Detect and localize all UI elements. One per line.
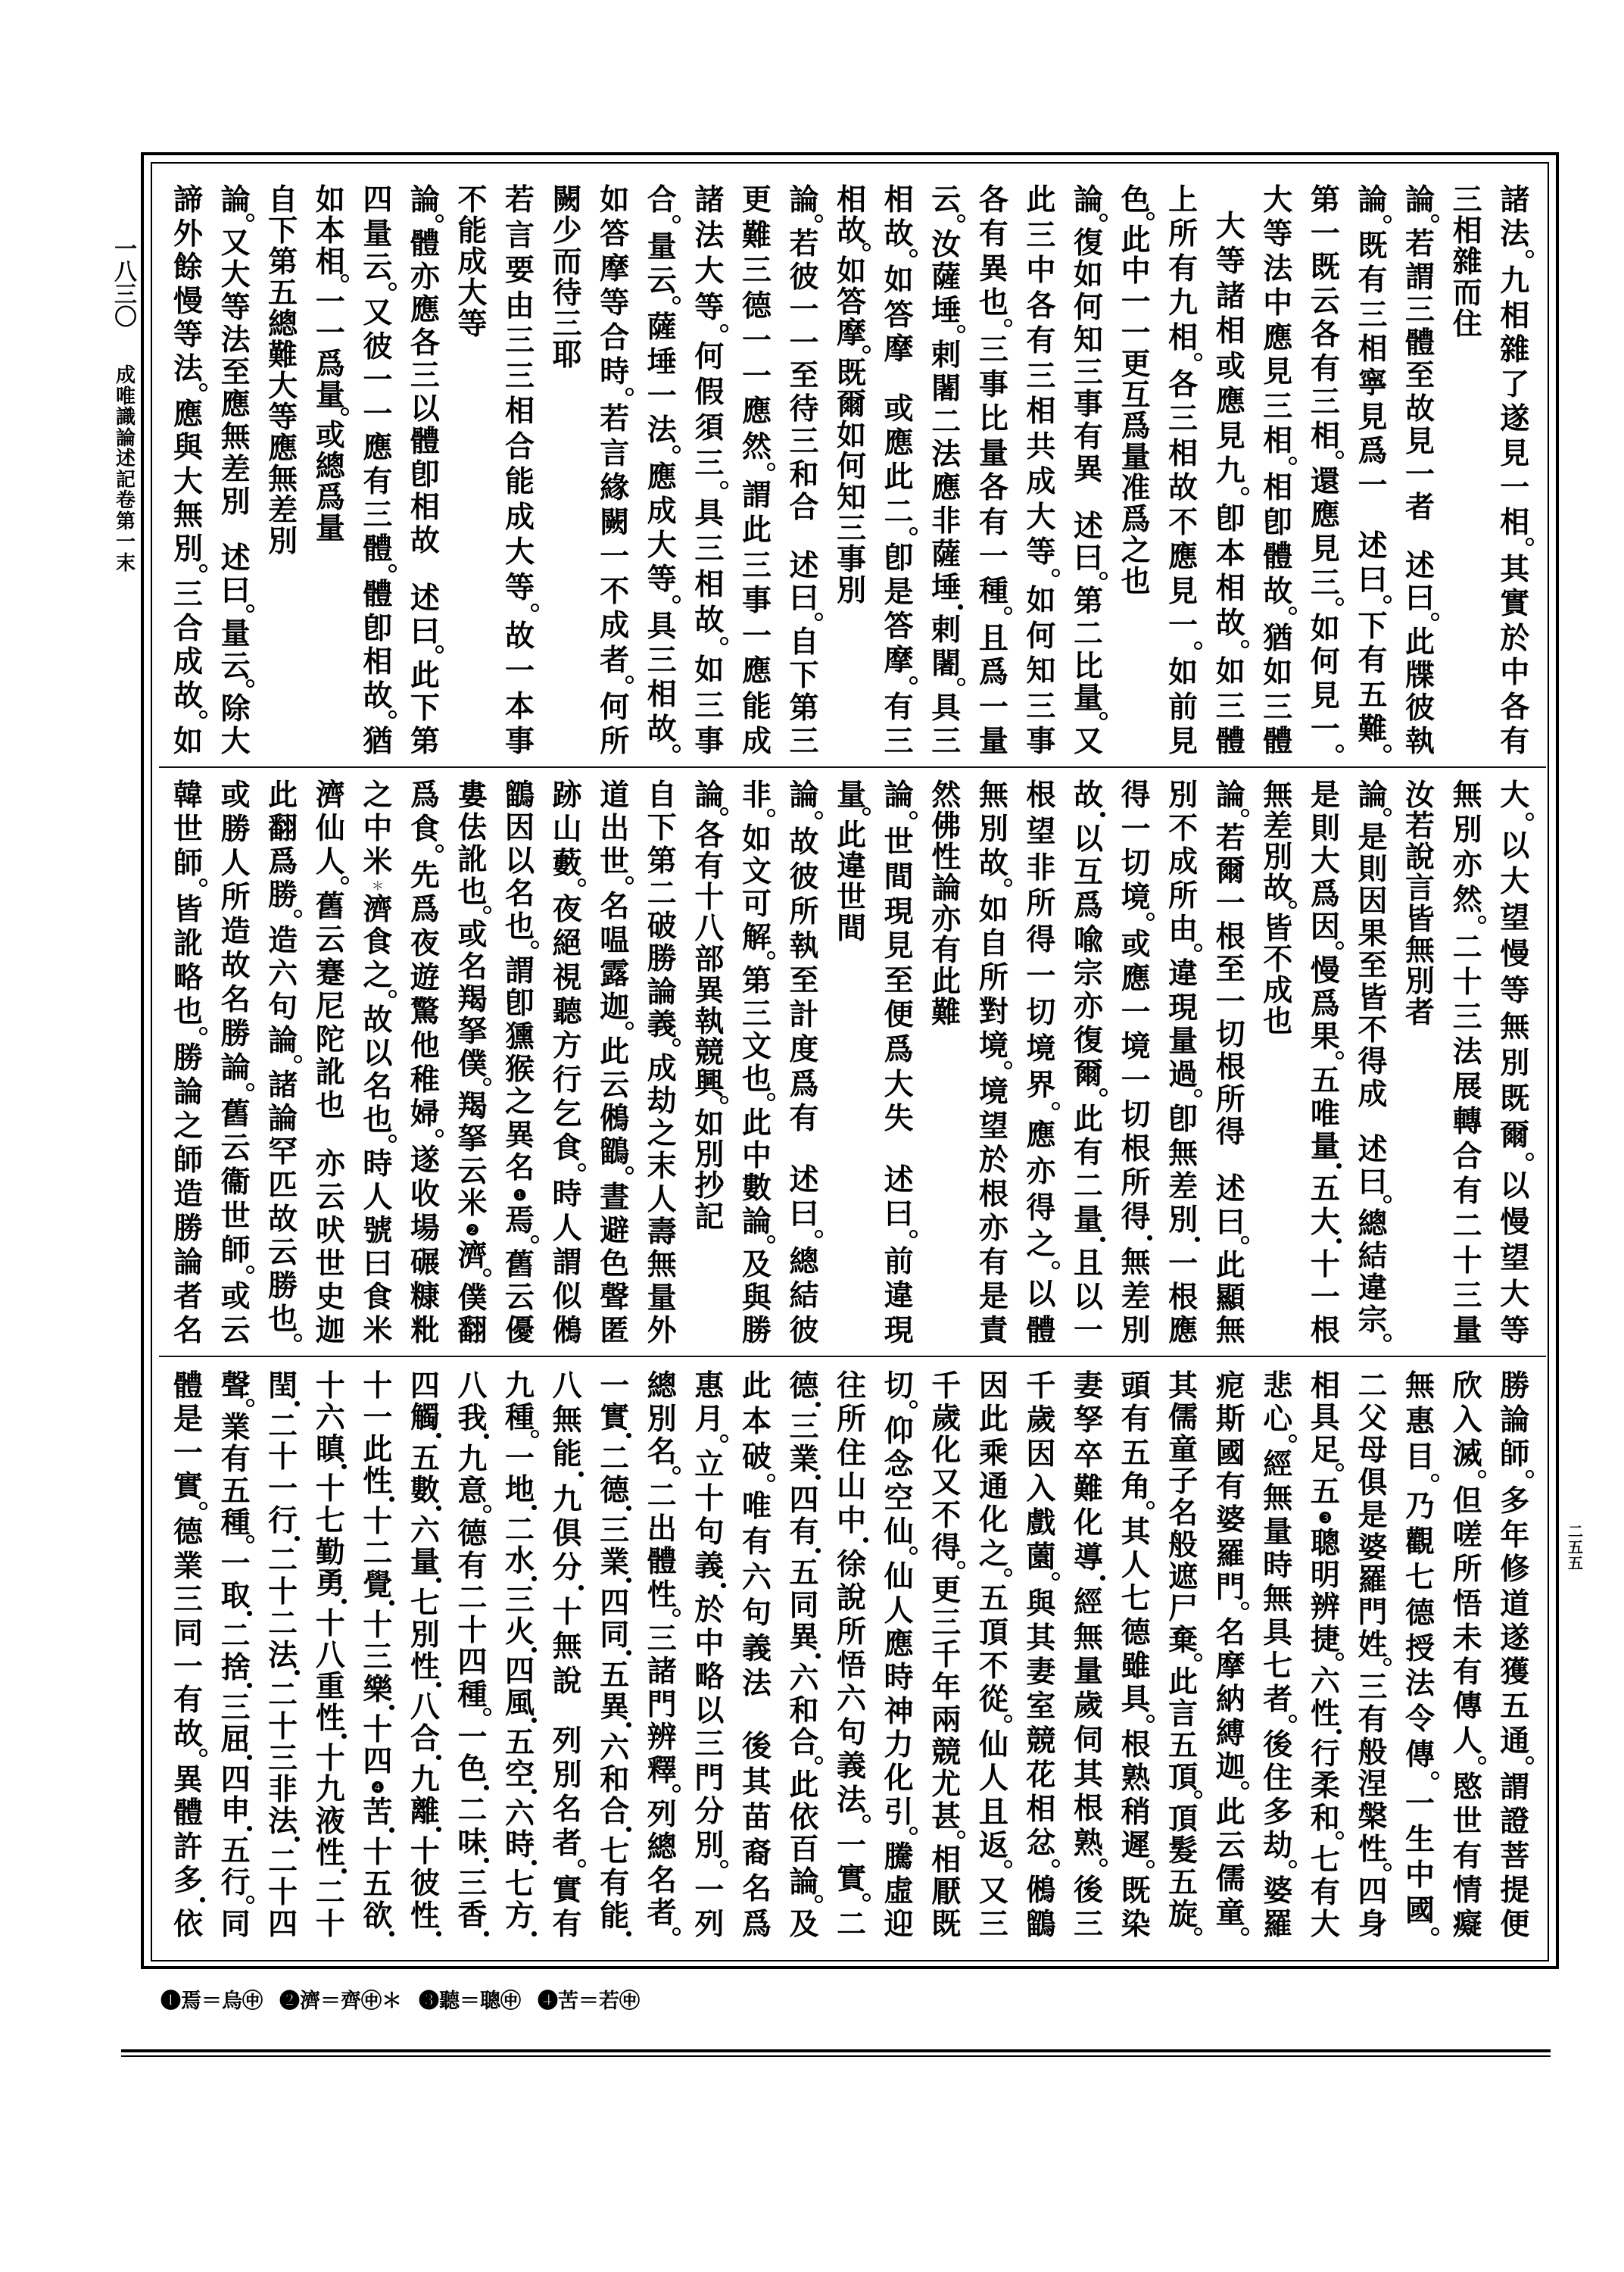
glyph: 望 — [1024, 816, 1058, 847]
glyph: 二 — [930, 407, 963, 438]
glyph: 因 — [977, 1371, 1010, 1402]
text-column: 德・三業・四有・五同異・六和合。此依百論。及 — [781, 1371, 828, 1940]
glyph: 猴 — [503, 1054, 537, 1085]
glyph: 十 — [1308, 1250, 1342, 1281]
glyph: 三 — [1261, 692, 1295, 723]
glyph: 九 — [313, 1774, 347, 1805]
glyph: 以 — [1072, 824, 1105, 855]
register-divider — [159, 766, 1546, 768]
glyph: 說 — [835, 1583, 868, 1614]
glyph: 或 — [882, 394, 915, 425]
glyph: 相 — [1261, 426, 1295, 457]
glyph: 事 — [1072, 389, 1105, 420]
glyph: 異 — [598, 1692, 631, 1723]
glyph: 棄 — [1167, 1625, 1200, 1656]
text-column: 大等法中應見三相。相卽體故。猶如三體 — [1255, 185, 1302, 757]
glyph: 十 — [693, 1484, 726, 1515]
glyph: 應 — [172, 399, 205, 430]
glyph: 舊 — [503, 1250, 537, 1281]
footnote-marker: ❶ — [503, 1186, 537, 1204]
glyph: 諸 — [1214, 281, 1247, 312]
glyph: 無 — [1214, 1315, 1247, 1347]
glyph: 爲 — [408, 894, 441, 925]
glyph: 難 — [1356, 714, 1389, 745]
glyph: 答 — [882, 300, 915, 331]
period-mark: 。 — [1167, 357, 1200, 366]
glyph: 歲 — [1072, 1690, 1105, 1721]
glyph: 則 — [1356, 854, 1389, 885]
glyph: 聰 — [1308, 1528, 1342, 1559]
glyph: 相 — [1024, 1794, 1058, 1825]
glyph: 中 — [693, 1628, 726, 1659]
glyph: 山 — [550, 814, 584, 845]
glyph: 能 — [550, 1439, 584, 1470]
glyph: 相 — [835, 185, 868, 216]
glyph: 所 — [1119, 1168, 1152, 1199]
glyph: 法 — [693, 220, 726, 251]
glyph: 無 — [1261, 1584, 1295, 1615]
glyph: 競 — [693, 1038, 726, 1069]
glyph: 一 — [1404, 460, 1437, 491]
glyph: 見 — [1498, 438, 1532, 470]
glyph: 少 — [550, 216, 584, 247]
glyph: 羯 — [456, 1091, 489, 1122]
glyph: 頂 — [977, 1618, 1010, 1649]
glyph: 異 — [977, 254, 1010, 285]
glyph: 八 — [550, 1371, 584, 1402]
period-mark: 。 — [408, 1133, 441, 1142]
glyph: 故 — [1072, 780, 1105, 811]
glyph: 界 — [1024, 1070, 1058, 1101]
glyph: 爲 — [882, 1035, 915, 1066]
text-column: 四量云。又彼一一應有三體。體卽相故。猶 — [354, 185, 402, 757]
glyph: 我 — [456, 1403, 489, 1434]
glyph: 一 — [172, 1438, 205, 1469]
glyph: 二 — [456, 1795, 489, 1826]
glyph: 二 — [267, 1545, 300, 1576]
period-mark: 。 — [219, 1269, 252, 1278]
period-mark: 。 — [598, 679, 631, 688]
glyph: 量 — [1119, 442, 1152, 473]
period-mark: 。 — [740, 1478, 773, 1487]
text-column: 無別亦然。二十三法展轉合有二十三量 — [1444, 780, 1492, 1347]
glyph: 各 — [977, 185, 1010, 216]
glyph: 道 — [1498, 1589, 1532, 1620]
glyph: 違 — [882, 1281, 915, 1312]
glyph: 實 — [598, 1403, 631, 1434]
glyph: 見 — [1308, 534, 1342, 565]
glyph: 三 — [550, 309, 584, 340]
period-mark: 。 — [882, 531, 915, 540]
glyph: 母 — [1356, 1435, 1389, 1466]
glyph: 准 — [1119, 473, 1152, 504]
glyph: 等 — [1024, 537, 1058, 568]
glyph: 根 — [1167, 1282, 1200, 1313]
glyph: 中 — [1498, 657, 1532, 688]
glyph: 等 — [645, 564, 678, 595]
glyph: 無 — [1261, 1483, 1295, 1514]
glyph: 乃 — [1404, 1491, 1437, 1522]
glyph: 異 — [1072, 454, 1105, 485]
glyph: 云 — [645, 266, 678, 297]
glyph: 花 — [1024, 1760, 1058, 1791]
glyph: 十 — [1451, 967, 1484, 998]
glyph: 差 — [1119, 1281, 1152, 1312]
glyph: 三 — [930, 726, 963, 757]
period-mark: 。 — [787, 218, 821, 227]
glyph: 別 — [1261, 842, 1295, 873]
glyph: 中 — [740, 1141, 773, 1172]
glyph: 合 — [787, 492, 821, 523]
glyph: 如 — [740, 824, 773, 855]
period-mark: 。 — [1308, 601, 1342, 610]
glyph: 故 — [361, 681, 394, 712]
period-mark: 。 — [503, 607, 537, 616]
asterisk-mark: ＊ — [361, 880, 394, 892]
period-mark: 。 — [1072, 1862, 1105, 1871]
text-column: 之中米＊濟食之。故以名也。時人號曰食米 — [354, 780, 402, 1347]
glyph: 同 — [219, 1909, 252, 1940]
glyph: 曰 — [787, 1199, 821, 1230]
glyph: 此 — [267, 780, 300, 811]
glyph: 難 — [930, 997, 963, 1028]
glyph: 斯 — [1214, 1404, 1247, 1435]
glyph: 自 — [977, 928, 1010, 960]
glyph: 五 — [1167, 1868, 1200, 1899]
glyph: 論 — [1356, 185, 1389, 216]
glyph: 爲 — [313, 349, 347, 380]
period-mark: 。 — [172, 568, 205, 577]
glyph: 異 — [503, 1120, 537, 1151]
glyph: 埵 — [645, 347, 678, 378]
glyph: 量 — [977, 438, 1010, 470]
glyph: 應 — [1214, 386, 1247, 417]
glyph: 所 — [787, 897, 821, 928]
glyph: 三 — [740, 551, 773, 582]
glyph: 之 — [977, 1539, 1010, 1570]
glyph: 十 — [550, 1597, 584, 1628]
glyph: 辨 — [1308, 1592, 1342, 1623]
glyph: 稚 — [408, 1065, 441, 1096]
glyph: 無 — [1261, 780, 1295, 811]
glyph: 行 — [267, 1506, 300, 1537]
glyph: 汝 — [930, 229, 963, 261]
glyph: 差 — [1261, 811, 1295, 842]
period-mark: 。 — [267, 1059, 300, 1068]
glyph: 十 — [267, 1712, 300, 1743]
glyph: 三 — [1214, 691, 1247, 722]
glyph: 與 — [740, 1283, 773, 1314]
glyph: 吠 — [313, 1216, 347, 1247]
glyph: 五 — [1568, 1556, 1583, 1571]
glyph: 五 — [1356, 680, 1389, 711]
glyph: 互 — [1119, 380, 1152, 411]
glyph: 因 — [1356, 886, 1389, 917]
glyph: 者 — [550, 1828, 584, 1859]
glyph: 角 — [1119, 1471, 1152, 1503]
glyph: 二 — [267, 1609, 300, 1640]
register-lower: 勝論師。多年修道遂獲五通。謂證菩提便 欣入滅。但嗟所悟未有傳人。愍世有情癡 無惠… — [164, 1371, 1538, 1940]
glyph: 論 — [740, 1206, 773, 1237]
glyph: 尸 — [1167, 1593, 1200, 1624]
glyph: 彼 — [787, 262, 821, 293]
glyph: 世 — [1451, 1806, 1484, 1837]
register-upper: 諸法。九相雜了遂見一相。其實於中各有 三相雜而住 論。若謂三體至故見一者 述曰。… — [164, 185, 1538, 757]
glyph: 四 — [503, 1656, 537, 1687]
glyph: 六 — [598, 1733, 631, 1764]
glyph: 爲 — [977, 657, 1010, 688]
glyph: 稍 — [1119, 1797, 1152, 1828]
glyph: 此 — [787, 1770, 821, 1801]
glyph: 體 — [408, 229, 441, 260]
glyph: 五 — [977, 1584, 1010, 1615]
glyph: 師 — [1498, 1439, 1532, 1470]
glyph: 提 — [1498, 1875, 1532, 1906]
glyph: 其 — [1498, 554, 1532, 585]
glyph: 名 — [550, 1794, 584, 1825]
glyph: 有 — [1356, 645, 1389, 676]
glyph: 乘 — [977, 1438, 1010, 1469]
glyph: 三 — [1261, 392, 1295, 423]
glyph: 論 — [219, 185, 252, 216]
glyph: 性 — [313, 1838, 347, 1869]
glyph: 應 — [882, 428, 915, 459]
period-mark: 。 — [882, 1550, 915, 1559]
period-mark: 。 — [550, 1167, 584, 1176]
glyph: 執 — [1404, 726, 1437, 757]
glyph: 翻 — [456, 1315, 489, 1347]
text-column: 濟仙人。舊云蹇尼陀訛也 亦云吠世史迦 — [307, 780, 354, 1347]
glyph: 云 — [1308, 286, 1342, 317]
glyph: 違 — [1167, 959, 1200, 990]
period-mark: 。 — [1451, 919, 1484, 928]
glyph: 有 — [219, 1444, 252, 1475]
glyph: 應 — [740, 396, 773, 427]
glyph: 結 — [787, 1281, 821, 1312]
glyph: 既 — [1308, 252, 1342, 283]
glyph: 卽 — [503, 988, 537, 1019]
text-column: 別不成所由。違現量過。卽無差別・一根應 — [1159, 780, 1207, 1347]
glyph: 根 — [1214, 922, 1247, 953]
glyph: 體 — [1214, 726, 1247, 757]
glyph: 部 — [693, 944, 726, 975]
text-column: 無別故。如自所對境。境望於根亦有是責 — [970, 780, 1018, 1347]
glyph: 別 — [693, 1140, 726, 1171]
period-mark: 。 — [645, 1788, 678, 1797]
glyph: 五 — [1308, 1174, 1342, 1205]
glyph: 不 — [456, 185, 489, 216]
glyph: 因 — [503, 813, 537, 844]
glyph: 有 — [172, 1685, 205, 1716]
glyph: 量 — [408, 1547, 441, 1578]
space — [740, 1704, 773, 1727]
glyph: 此 — [598, 1037, 631, 1068]
glyph: 十 — [267, 1877, 300, 1908]
glyph: 亦 — [408, 262, 441, 293]
glyph: 得 — [930, 1533, 963, 1564]
period-mark: 。 — [1404, 1931, 1437, 1940]
glyph: 化 — [930, 1435, 963, 1466]
glyph: 各 — [1308, 320, 1342, 351]
glyph: 人 — [550, 1213, 584, 1244]
space — [787, 1138, 821, 1161]
glyph: 難 — [740, 220, 773, 251]
glyph: 相 — [408, 492, 441, 523]
glyph: 過 — [1167, 1060, 1200, 1091]
glyph: 傳 — [1451, 1691, 1484, 1722]
glyph: 轉 — [1451, 1106, 1484, 1138]
glyph: 視 — [550, 963, 584, 994]
glyph: 境 — [1119, 882, 1152, 913]
glyph: 分 — [693, 1796, 726, 1827]
glyph: 第 — [740, 966, 773, 997]
glyph: 摩 — [882, 334, 915, 365]
glyph: 二 — [219, 1621, 252, 1652]
text-column: 八我・九意。德有二十四種。一色・二味・三香・ — [449, 1371, 497, 1940]
glyph: 匹 — [267, 1170, 300, 1201]
glyph: 體 — [1261, 726, 1295, 757]
period-mark: 。 — [977, 882, 1010, 891]
period-mark: 。 — [172, 1506, 205, 1515]
glyph: 不 — [930, 1500, 963, 1531]
glyph: 五 — [361, 1869, 394, 1900]
text-column: 悲心。經無量時無具七者。後住多劫。婆羅 — [1255, 1371, 1302, 1940]
glyph: 成 — [1167, 847, 1200, 878]
glyph: 大 — [1024, 502, 1058, 533]
glyph: 卽 — [1167, 1104, 1200, 1135]
glyph: 無 — [1498, 1012, 1532, 1043]
glyph: 無 — [219, 422, 252, 453]
glyph: 頭 — [1119, 1371, 1152, 1402]
period-mark: 。 — [1404, 1478, 1437, 1487]
period-mark: 。 — [693, 1438, 726, 1447]
text-column: 體是一實。德業三同一有故。異體許多・依 — [164, 1371, 212, 1940]
glyph: 法 — [1451, 1037, 1484, 1068]
glyph: 法 — [172, 354, 205, 385]
glyph: 粃 — [408, 1315, 441, 1347]
glyph: 後 — [1261, 1730, 1295, 1761]
glyph: 種 — [977, 576, 1010, 607]
glyph: 或 — [1214, 351, 1247, 382]
glyph: 相 — [1308, 1371, 1342, 1402]
glyph: 六 — [503, 1799, 537, 1830]
glyph: 大 — [172, 467, 205, 498]
glyph: 須 — [693, 413, 726, 444]
glyph: 云 — [313, 925, 347, 956]
space — [219, 520, 252, 542]
space — [1404, 526, 1437, 548]
glyph: 碾 — [408, 1247, 441, 1278]
glyph: 婆 — [1261, 1876, 1295, 1907]
glyph: 若 — [1404, 229, 1437, 260]
glyph: 申 — [219, 1796, 252, 1827]
glyph: 爲 — [408, 780, 441, 811]
glyph: 論 — [1072, 185, 1105, 216]
glyph: 成 — [172, 647, 205, 678]
glyph: 現 — [1167, 993, 1200, 1024]
glyph: 同 — [787, 1590, 821, 1621]
glyph: 如 — [882, 265, 915, 296]
period-mark: 。 — [787, 815, 821, 824]
glyph: 人 — [313, 847, 347, 878]
glyph: 也 — [1261, 1006, 1295, 1038]
glyph: 相 — [1167, 438, 1200, 470]
glyph: 一 — [977, 692, 1010, 723]
glyph: 三 — [598, 1515, 631, 1546]
glyph: 兩 — [930, 1705, 963, 1736]
glyph: 四 — [1356, 1877, 1389, 1908]
glyph: 有 — [787, 1103, 821, 1134]
glyph: 以 — [503, 846, 537, 877]
period-mark: 。 — [361, 568, 394, 577]
glyph: 世 — [835, 882, 868, 913]
glyph: 米 — [456, 1188, 489, 1219]
glyph: 述 — [1072, 511, 1105, 542]
glyph: 總 — [645, 1371, 678, 1402]
period-mark: 。 — [550, 1863, 584, 1872]
period-mark: 。 — [1024, 1106, 1058, 1115]
glyph: 答 — [598, 219, 631, 250]
glyph: 故 — [219, 950, 252, 982]
glyph: 上 — [1167, 185, 1200, 216]
glyph: 差 — [1167, 1172, 1200, 1203]
glyph: 一 — [1214, 987, 1247, 1018]
glyph: 三 — [1024, 361, 1058, 392]
glyph: 性 — [1308, 1699, 1342, 1730]
glyph: 門 — [1356, 1597, 1389, 1628]
glyph: 衞 — [219, 1167, 252, 1198]
glyph: 本 — [740, 1406, 773, 1437]
glyph: 何 — [598, 692, 631, 723]
glyph: 念 — [882, 1450, 915, 1481]
period-mark: 。 — [740, 955, 773, 964]
glyph: 觀 — [1404, 1527, 1437, 1558]
period-mark: 。 — [219, 1087, 252, 1096]
glyph: 名 — [1167, 1498, 1200, 1529]
glyph: 五 — [787, 1558, 821, 1589]
glyph: 德 — [172, 1517, 205, 1548]
period-mark: 。 — [408, 848, 441, 857]
glyph: 千 — [930, 1640, 963, 1671]
text-column: 相故。如答摩。既爾如何知三事別 — [828, 185, 875, 757]
glyph: 何 — [1308, 647, 1342, 678]
glyph: 論 — [1498, 1405, 1532, 1436]
glyph: 爾 — [1498, 1120, 1532, 1151]
glyph: 句 — [267, 992, 300, 1023]
glyph: 耶 — [550, 340, 584, 371]
glyph: 令 — [1404, 1704, 1437, 1735]
glyph: 成 — [598, 610, 631, 641]
glyph: 此 — [1167, 1667, 1200, 1698]
glyph: 色 — [598, 1249, 631, 1280]
glyph: 法 — [1498, 219, 1532, 250]
glyph: 成 — [1261, 975, 1295, 1006]
glyph: 不 — [1167, 507, 1200, 538]
glyph: 十 — [361, 1715, 394, 1746]
glyph: 此 — [740, 515, 773, 546]
glyph: 如 — [1261, 657, 1295, 688]
glyph: 似 — [550, 1281, 584, 1312]
glyph: 大 — [219, 260, 252, 291]
glyph: 傳 — [1404, 1740, 1437, 1771]
glyph: 應 — [267, 433, 300, 464]
glyph: 許 — [172, 1832, 205, 1863]
glyph: 無 — [1167, 1138, 1200, 1169]
glyph: 住 — [1261, 1763, 1295, 1794]
glyph: 論 — [787, 780, 821, 811]
glyph: 也 — [977, 288, 1010, 319]
glyph: 師 — [172, 848, 205, 879]
